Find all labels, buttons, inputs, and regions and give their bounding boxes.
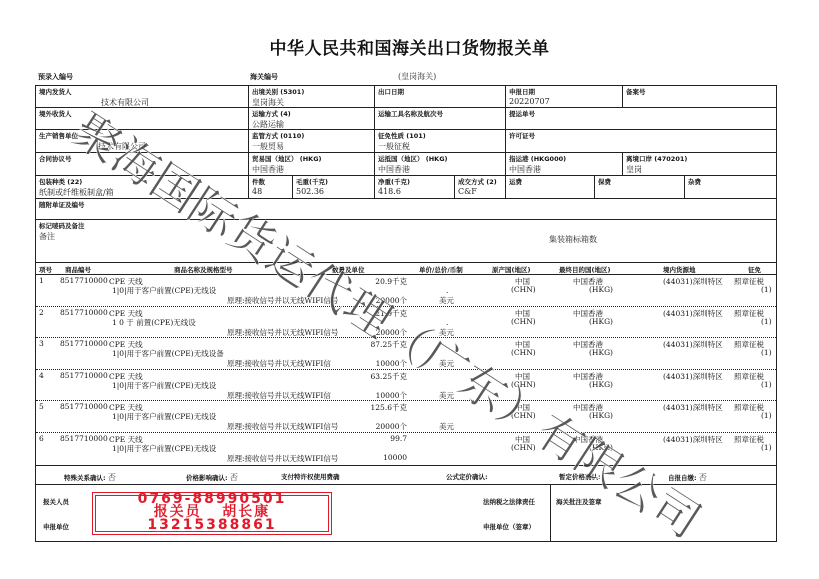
- misc-label: 杂费: [688, 177, 701, 186]
- dest-country-label: 运抵国（地区） (HKG): [378, 154, 448, 163]
- row-code: 8517710000: [60, 371, 108, 380]
- row-qty2: 10000个: [376, 390, 407, 401]
- row-qty2: 20000个: [376, 421, 407, 432]
- row-source: (44031)深圳特区: [663, 434, 723, 445]
- row-source: (44031)深圳特区: [663, 402, 723, 413]
- goods-table-header: 项号 商品编号 商品名称及规格型号 数量及单位 单价/总价/币制 原产国(地区)…: [36, 263, 776, 275]
- goods-row: 38517710000CPE 天线1|0|用于客户前置(CPE)无线设备原理:接…: [36, 338, 776, 370]
- goods-row: 58517710000CPE 天线1|0|用于客户前置(CPE)无线设原理:接收…: [36, 401, 776, 433]
- row-qty1: 20.9千克: [375, 276, 407, 287]
- col-levy: 征免: [748, 265, 761, 274]
- row-no: 3: [39, 339, 44, 348]
- net-cell: 净重(千克) 418.6: [375, 176, 455, 199]
- row-code: 8517710000: [60, 308, 108, 317]
- col-dest: 最终目的国(地区): [559, 265, 610, 274]
- special-relation: 特殊关系确认: 否: [64, 472, 116, 483]
- customs-office: (皇岗海关): [398, 71, 436, 82]
- record-no-label: 备案号: [626, 87, 646, 96]
- row-code: 8517710000: [60, 434, 108, 443]
- col-price: 单价/总价/币制: [419, 265, 463, 274]
- exit-customs-cell: 出境关别 (5301) 皇岗海关: [249, 86, 375, 108]
- transport-mode-label: 运输方式 (4): [252, 109, 291, 118]
- export-date-cell: 出口日期: [375, 86, 506, 108]
- producer-cell: 生产销售单位 技术有限公司: [36, 130, 249, 153]
- row-dest-code: (HKG): [589, 443, 613, 452]
- row-no: 5: [39, 402, 44, 411]
- terms-value: C&F: [458, 187, 477, 196]
- approval-area: 海关批注及签章: [551, 485, 776, 541]
- vehicle-label: 运输工具名称及航次号: [378, 109, 443, 118]
- provisional-confirm: 暂定价格确认:: [559, 472, 601, 481]
- levy-label: 征免性质 (101): [378, 131, 426, 140]
- pieces-value: 48: [252, 187, 262, 196]
- row-qty2: 20000个: [376, 295, 407, 306]
- self-pay: 自报自缴: 否: [668, 472, 707, 483]
- row-levy-code: (1): [761, 380, 772, 389]
- container-count-label: 集装箱标箱数: [549, 234, 597, 245]
- declare-date-label: 申报日期: [509, 87, 535, 96]
- goods-row: 18517710000CPE 天线1|0|用于客户前置(CPE)无线设原理:接收…: [36, 275, 776, 307]
- row-spec2: 原理:接收信号并以无线WIFI信号: [227, 295, 338, 306]
- stamp-name: 报关员 胡长康: [93, 506, 331, 519]
- row-price: .: [446, 286, 448, 295]
- gross-cell: 毛重(千克) 502.36: [293, 176, 375, 199]
- row-spec1: 1|0|用于客户前置(CPE)无线设: [112, 380, 216, 391]
- price-impact: 价格影响确认: 否: [186, 472, 238, 483]
- col-code: 商品编号: [65, 265, 91, 274]
- row-code: 8517710000: [60, 276, 108, 285]
- marks-label: 标记唛码及备注: [39, 221, 85, 230]
- declare-date-value: 20220707: [509, 97, 550, 106]
- pieces-cell: 件数 48: [249, 176, 293, 199]
- declarant-label: 报关人员: [43, 497, 69, 506]
- consignee-cell: 境外收货人: [36, 108, 249, 130]
- row-origin-code: (CHN): [511, 443, 536, 452]
- row-dest-code: (HKG): [589, 411, 613, 420]
- col-no: 项号: [39, 265, 52, 274]
- row-spec2: 原理:接收信号并以无线WIFI信: [227, 358, 331, 369]
- royalty-confirm: 支付特许权使用费确: [281, 472, 340, 481]
- formula-confirm: 公式定价确认:: [446, 472, 488, 481]
- exit-port-cell: 离境口岸 (470201) 皇岗: [623, 153, 776, 176]
- contract-cell: 合同协议号: [36, 153, 249, 176]
- row-spec1: 1 0 于 前置(CPE)无线设: [112, 317, 196, 328]
- row-origin-code: (CHN): [511, 380, 536, 389]
- trade-country-value: 中国香港: [252, 164, 284, 175]
- col-name: 商品名称及规格型号: [174, 265, 233, 274]
- supervision-label: 监管方式 (0110): [252, 131, 304, 140]
- bill-no-label: 提运单号: [509, 109, 535, 118]
- row-source: (44031)深圳特区: [663, 339, 723, 350]
- row-source: (44031)深圳特区: [663, 371, 723, 382]
- row-no: 2: [39, 308, 44, 317]
- supervision-value: 一般贸易: [252, 141, 284, 152]
- row-spec1: 1|0|用于客户前置(CPE)无线设: [112, 285, 216, 296]
- bill-no-cell: 提运单号: [506, 108, 776, 130]
- transport-mode-cell: 运输方式 (4) 公路运输: [249, 108, 375, 130]
- gross-label: 毛重(千克): [296, 177, 328, 186]
- row-currency: 美元: [439, 390, 454, 401]
- dest-country-cell: 运抵国（地区） (HKG) 中国香港: [375, 153, 506, 176]
- producer-label: 生产销售单位: [39, 131, 78, 140]
- row-spec1: 1|0|用于客户前置(CPE)无线设: [112, 443, 216, 454]
- row-levy-code: (1): [761, 348, 772, 357]
- marks-value: 备注: [39, 231, 55, 242]
- col-qty: 数量及单位: [332, 265, 365, 274]
- supervision-cell: 监管方式 (0110) 一般贸易: [249, 130, 375, 153]
- exit-port-value: 皇岗: [626, 164, 642, 175]
- row-qty1: 99.7: [390, 434, 407, 443]
- docs-label: 随附单证及编号: [39, 200, 85, 209]
- row-spec2: 原理:接收信号并以无线WIFI信号: [227, 421, 338, 432]
- license-label: 许可证号: [509, 131, 535, 140]
- row-dest-code: (HKG): [589, 380, 613, 389]
- row-qty1: 21.9千克: [375, 308, 407, 319]
- port-cell: 指运港 (HKG000) 中国香港: [506, 153, 623, 176]
- row-levy-code: (1): [761, 443, 772, 452]
- port-value: 中国香港: [509, 164, 541, 175]
- row-levy: 照章征税: [734, 339, 764, 350]
- row-dest-code: (HKG): [589, 348, 613, 357]
- row-no: 4: [39, 371, 44, 380]
- row-qty2: 20000个: [376, 327, 407, 338]
- pieces-label: 件数: [252, 177, 265, 186]
- exit-customs-value: 皇岗海关: [252, 97, 284, 108]
- consignee-label: 境外收货人: [39, 109, 72, 118]
- port-label: 指运港 (HKG000): [509, 154, 566, 163]
- terms-cell: 成交方式 (2) C&F: [455, 176, 506, 199]
- trade-country-label: 贸易国（地区） (HKG): [252, 154, 322, 163]
- package-cell: 包装种类 (22) 纸制或纤维板制盒/箱: [36, 176, 249, 199]
- misc-cell: 杂费: [685, 176, 776, 199]
- row-currency: 美元: [439, 327, 454, 338]
- goods-row: 28517710000CPE 天线1 0 于 前置(CPE)无线设原理:接收信号…: [36, 307, 776, 339]
- row-source: (44031)深圳特区: [663, 276, 723, 287]
- package-label: 包装种类 (22): [39, 177, 82, 186]
- declare-sign-label: 申报单位（签章）: [483, 522, 535, 531]
- row-qty1: 125.6千克: [371, 402, 407, 413]
- row-spec2: 原理:接收信号并以无线WIFI信号: [227, 453, 338, 464]
- row-source: (44031)深圳特区: [663, 308, 723, 319]
- goods-row: 68517710000CPE 天线1|0|用于客户前置(CPE)无线设原理:接收…: [36, 433, 776, 465]
- row-qty2: 10000个: [376, 358, 407, 369]
- insurance-cell: 保费: [595, 176, 685, 199]
- freight-label: 运费: [509, 177, 522, 186]
- record-no-cell: 备案号: [623, 86, 776, 108]
- row-qty1: 63.25千克: [371, 371, 407, 382]
- row-no: 6: [39, 434, 44, 443]
- vehicle-cell: 运输工具名称及航次号: [375, 108, 506, 130]
- row-spec2: 原理:接收信号并以无线WIFI信号: [227, 327, 338, 338]
- consignor-label: 境内发货人: [39, 87, 72, 96]
- dest-country-value: 中国香港: [378, 164, 410, 175]
- declare-unit-label: 申报单位: [43, 522, 69, 531]
- contract-label: 合同协议号: [39, 154, 72, 163]
- row-levy: 照章征税: [734, 371, 764, 382]
- form-title: 中华人民共和国海关出口货物报关单: [0, 34, 819, 59]
- export-date-label: 出口日期: [378, 87, 404, 96]
- levy-value: 一般征税: [378, 141, 410, 152]
- row-currency: 美元: [439, 421, 454, 432]
- row-spec2: 原理:接收信号并以无线WIFI信: [227, 390, 331, 401]
- row-origin-code: (CHN): [511, 348, 536, 357]
- row-levy-code: (1): [761, 411, 772, 420]
- net-value: 418.6: [378, 187, 401, 196]
- consignor-cell: 境内发货人 技术有限公司: [36, 86, 249, 108]
- confirm-row: 特殊关系确认: 否 价格影响确认: 否 支付特许权使用费确 公式定价确认: 暂定…: [36, 465, 776, 485]
- row-code: 8517710000: [60, 339, 108, 348]
- row-levy: 照章征税: [734, 434, 764, 445]
- row-no: 1: [39, 276, 44, 285]
- stamp-mobile: 13215388861: [93, 519, 331, 532]
- row-spec1: 1|0|用于客户前置(CPE)无线设: [112, 411, 216, 422]
- row-origin-code: (CHN): [511, 411, 536, 420]
- row-levy-code: (1): [761, 317, 772, 326]
- row-levy: 照章征税: [734, 402, 764, 413]
- row-levy: 照章征税: [734, 276, 764, 287]
- row-levy: 照章征税: [734, 308, 764, 319]
- legal-duty-label: 法纳税之法律责任: [483, 497, 535, 506]
- producer-value: 技术有限公司: [98, 141, 146, 152]
- row-spec1: 1|0|用于客户前置(CPE)无线设备: [112, 348, 224, 359]
- row-code: 8517710000: [60, 402, 108, 411]
- consignor-value: 技术有限公司: [101, 97, 149, 108]
- stamp-phone: 0769-88990501: [93, 493, 331, 506]
- row-dest-code: (HKG): [589, 317, 613, 326]
- license-cell: 许可证号: [506, 130, 776, 153]
- row-price: .: [446, 318, 448, 327]
- col-source: 境内货源地: [663, 265, 696, 274]
- net-label: 净重(千克): [378, 177, 410, 186]
- customs-no-label: 海关编号: [250, 72, 278, 82]
- docs-cell: 随附单证及编号: [36, 199, 776, 220]
- declaration-form: 境内发货人 技术有限公司 出境关别 (5301) 皇岗海关 出口日期 申报日期 …: [35, 85, 777, 542]
- col-origin: 原产国(地区): [492, 265, 530, 274]
- exit-customs-label: 出境关别 (5301): [252, 87, 304, 96]
- gross-value: 502.36: [296, 187, 324, 196]
- pre-entry-label: 预录入编号: [38, 72, 73, 82]
- trade-country-cell: 贸易国（地区） (HKG) 中国香港: [249, 153, 375, 176]
- row-currency: 美元: [439, 358, 454, 369]
- freight-cell: 运费: [506, 176, 595, 199]
- package-value: 纸制或纤维板制盒/箱: [39, 187, 114, 198]
- approval-label: 海关批注及签章: [556, 497, 602, 506]
- row-currency: 美元: [439, 295, 454, 306]
- declarant-stamp: 0769-88990501 报关员 胡长康 13215388861: [92, 492, 332, 535]
- insurance-label: 保费: [598, 177, 611, 186]
- marks-cell: 标记唛码及备注 备注 集装箱标箱数: [36, 220, 776, 263]
- row-origin-code: (CHN): [511, 285, 536, 294]
- row-levy-code: (1): [761, 285, 772, 294]
- levy-cell: 征免性质 (101) 一般征税: [375, 130, 506, 153]
- row-origin-code: (CHN): [511, 317, 536, 326]
- row-qty2: 10000: [383, 453, 407, 462]
- transport-mode-value: 公路运输: [252, 119, 284, 130]
- row-dest-code: (HKG): [589, 285, 613, 294]
- row-qty1: 87.25千克: [371, 339, 407, 350]
- exit-port-label: 离境口岸 (470201): [626, 154, 687, 163]
- declare-date-cell: 申报日期 20220707: [506, 86, 623, 108]
- terms-label: 成交方式 (2): [458, 177, 497, 186]
- goods-row: 48517710000CPE 天线1|0|用于客户前置(CPE)无线设原理:接收…: [36, 370, 776, 402]
